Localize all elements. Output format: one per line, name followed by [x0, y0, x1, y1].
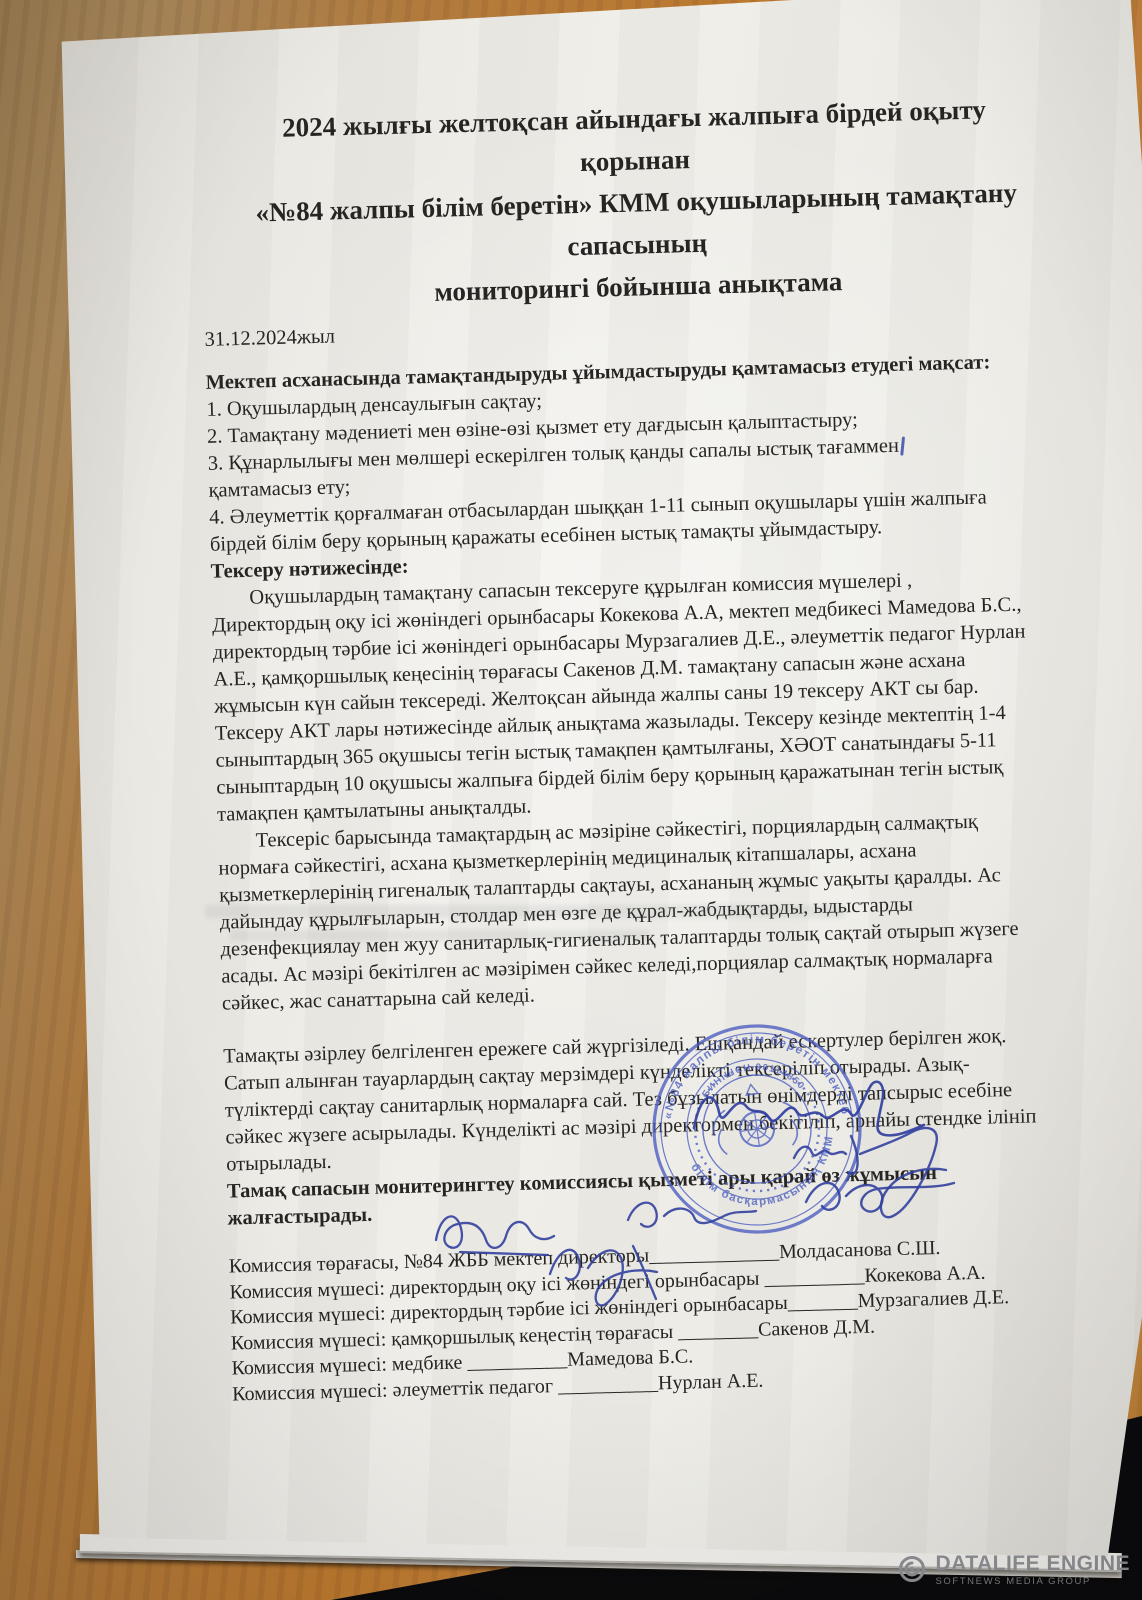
signature-member3-ink	[620, 1186, 770, 1241]
signature-block: Комиссия төрағасы, №84 ЖББ мектеп директ…	[229, 1233, 1055, 1407]
signature-role: Комиссия төрағасы, №84 ЖББ мектеп директ…	[229, 1245, 650, 1278]
signature-row-member-1: Комиссия мүшесі: директордың оқу ісі жөн…	[229, 1259, 1051, 1306]
signature-role: Комиссия мүшесі: қамқоршылық кеңестің тө…	[231, 1320, 679, 1354]
signature-row-member-5: Комиссия мүшесі: әлеуметтік педагог ____…	[232, 1360, 1054, 1407]
stamp-ring-text-bottom: білім басқармасының КММ	[686, 1133, 844, 1218]
watermark-title: DATALIFE ENGINE	[935, 1553, 1130, 1574]
results-paragraph-2: Тексеріс барысында тамақтардың ас мәзірі…	[217, 807, 1044, 1017]
signature-role: Комиссия мүшесі: директордың оқу ісі жөн…	[229, 1267, 764, 1303]
signature-member4-ink	[426, 1200, 586, 1262]
results-paragraph-1: Оқушылардың тамақтану сапасын тексеруге …	[211, 564, 1039, 828]
signature-name: Мурзагалиев Д.Е.	[857, 1286, 1009, 1312]
signature-row-member-4: Комиссия мүшесі: медбике __________Мамед…	[231, 1335, 1053, 1382]
document-content: 2024 жылғы желтоқсан айындағы жалпыға бі…	[158, 65, 1072, 1409]
photo-of-document: 2024 жылғы желтоқсан айындағы жалпыға бі…	[0, 0, 1142, 1600]
purpose-item-2: 2. Тамақтану мәдениеті мен өзіне-өзі қыз…	[207, 402, 1029, 451]
signature-row-member-2: Комиссия мүшесі: директордың тәрбие ісі …	[230, 1284, 1052, 1331]
title-line-1: 2024 жылғы желтоқсан айындағы жалпыға бі…	[249, 87, 1021, 191]
pen-mark	[901, 436, 906, 455]
svg-text:БИНІШСН 96114850: БИНІШСН 96114850	[697, 1055, 808, 1106]
purpose-item-4-cont: бірдей білім беру қорының қаражаты есебі…	[210, 510, 1032, 559]
purpose-item-3-text: 3. Құнарлылығы мен мөлшері ескерілген то…	[208, 435, 900, 475]
signature-member2-ink	[798, 1160, 978, 1226]
document-date: 31.12.2024жыл	[204, 305, 1026, 354]
site-watermark: DATALIFE ENGINE SOFTNEWS MEDIA GROUP	[898, 1553, 1130, 1587]
stamp-id-text: БИНІШСН 96114850	[697, 1055, 808, 1106]
signature-line: __________	[558, 1372, 659, 1397]
document-title: 2024 жылғы желтоқсан айындағы жалпыға бі…	[249, 87, 1024, 317]
official-round-stamp: «№84 жалпы білім беретін мектебі» білім …	[634, 1006, 880, 1252]
datalife-eye-icon	[898, 1555, 926, 1583]
signature-line: ________	[678, 1318, 759, 1342]
signature-line: _____________	[649, 1241, 780, 1266]
svg-text:білім басқармасының КММ: білім басқармасының КММ	[686, 1133, 844, 1218]
conclusion-statement: Тамақ сапасын монитерингтеу комиссиясы қ…	[227, 1157, 1050, 1232]
watermark-text: DATALIFE ENGINE SOFTNEWS MEDIA GROUP	[935, 1553, 1130, 1587]
signature-line: __________	[467, 1349, 568, 1374]
signature-name: Молдасанова С.Ш.	[779, 1237, 941, 1263]
signature-director-ink	[686, 1076, 936, 1151]
results-heading: Тексеру нәтижесінде:	[210, 537, 1032, 586]
signature-line: _______	[787, 1290, 858, 1314]
purpose-heading: Мектеп асханасында тамақтандыруды ұйымда…	[205, 348, 1027, 397]
signature-row-chairman: Комиссия төрағасы, №84 ЖББ мектеп директ…	[229, 1233, 1051, 1280]
signature-name: Сакенов Д.М.	[758, 1315, 875, 1340]
signature-name: Кокекова А.А.	[864, 1261, 986, 1286]
stamp-ring-text-top: «№84 жалпы білім беретін мектебі»	[634, 1006, 853, 1144]
show-through-text	[230, 930, 650, 941]
signature-role: Комиссия мүшесі: медбике	[231, 1351, 467, 1379]
signature-name: Нурлан А.Е.	[658, 1369, 764, 1394]
title-line-2: «№84 жалпы білім беретін» КММ оқушыларын…	[251, 171, 1023, 275]
paper-sheet: 2024 жылғы желтоқсан айындағы жалпыға бі…	[0, 0, 1142, 1600]
purpose-item-1: 1. Оқушылардың денсаулығын сақтау;	[206, 375, 1028, 424]
purpose-item-3: 3. Құнарлылығы мен мөлшері ескерілген то…	[208, 429, 1030, 478]
signature-role: Комиссия мүшесі: әлеуметтік педагог	[232, 1374, 558, 1405]
signature-line: __________	[764, 1264, 865, 1289]
signature-row-member-3: Комиссия мүшесі: қамқоршылық кеңестің тө…	[231, 1310, 1053, 1357]
closing-paragraph: Тамақты әзірлеу белгіленген ережеге сай …	[223, 1022, 1048, 1178]
signature-member5-ink	[538, 1228, 698, 1313]
signature-role: Комиссия мүшесі: директордың тәрбие ісі …	[230, 1292, 788, 1329]
svg-text:«№84 жалпы білім беретін мекте: «№84 жалпы білім беретін мектебі»	[634, 1006, 853, 1144]
watermark-subtitle: SOFTNEWS MEDIA GROUP	[935, 1577, 1130, 1587]
purpose-item-3-cont: қамтамасыз ету;	[208, 456, 1030, 505]
title-line-3: мониторингі бойынша анықтама	[253, 255, 1024, 317]
purpose-item-4: 4. Әлеуметтік қорғалмаған отбасылардан ш…	[209, 483, 1031, 532]
signature-name: Мамедова Б.С.	[567, 1345, 694, 1370]
signature-member1-ink	[788, 1118, 1003, 1238]
show-through-text	[205, 905, 845, 918]
